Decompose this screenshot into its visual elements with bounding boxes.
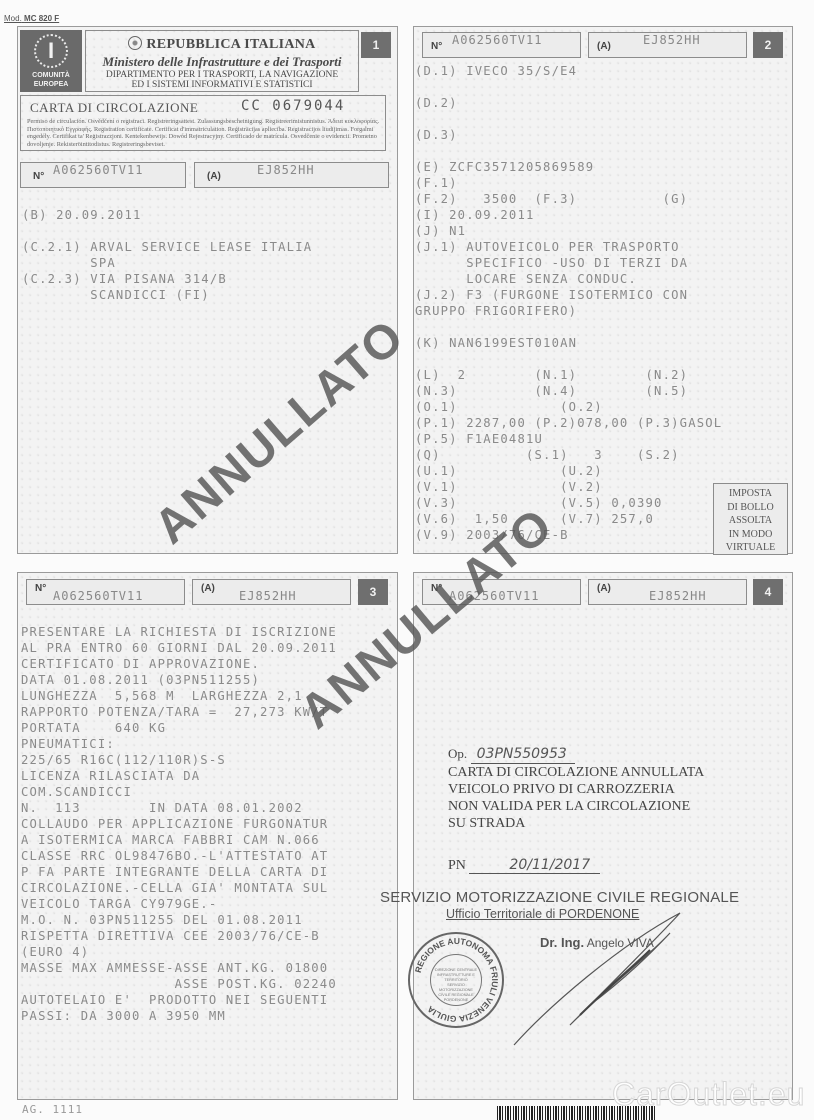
ministry-name: Ministero delle Infrastrutture e dei Tra… [86, 54, 358, 70]
page-number-badge: 3 [358, 579, 388, 605]
department-line-2: ED I SISTEMI INFORMATIVI E STATISTICI [86, 80, 358, 90]
plate-box: (A) EJ852HH [588, 579, 747, 605]
document-title: CARTA DI CIRCOLAZIONE [30, 100, 198, 116]
pn-date-handwritten: 20/11/2017 [469, 857, 600, 874]
owner-fields: (B) 20.09.2011 (C.2.1) ARVAL SERVICE LEA… [22, 207, 312, 303]
plate-box: (A) EJ852HH [192, 579, 351, 605]
tax-box-line: IN MODO [714, 528, 787, 542]
watermark-logo: CarOutlet.eu [612, 1076, 805, 1113]
page-number-badge: 4 [753, 579, 783, 605]
annotations-text: PRESENTARE LA RICHIESTA DI ISCRIZIONE AL… [21, 624, 337, 1024]
annotation-line: VEICOLO PRIVO DI CARROZZERIA [448, 781, 704, 798]
annotation-line: NON VALIDA PER LA CIRCOLAZIONE [448, 798, 704, 815]
page-3-card: N° A062560TV11 (A) EJ852HH 3 PRESENTARE … [17, 572, 398, 1100]
republic-title: REPUBBLICA ITALIANA [146, 37, 315, 52]
pn-date-row: PN 20/11/2017 [448, 857, 600, 874]
page-2-card: N° A062560TV11 (A) EJ852HH 2 (D.1) IVECO… [413, 26, 793, 554]
department-line-1: DIPARTIMENTO PER I TRASPORTI, LA NAVIGAZ… [86, 70, 358, 80]
op-number-handwritten: 03PN550953 [471, 746, 575, 764]
plate-number: EJ852HH [649, 589, 707, 603]
ministry-header: REPUBBLICA ITALIANA Ministero delle Infr… [85, 30, 359, 92]
number-label: N° [35, 583, 46, 594]
page-number-badge: 1 [361, 32, 391, 58]
plate-box: (A) EJ852HH [194, 162, 389, 188]
seal-inner-text: DIREZIONE CENTRALEINFRASTRUTTURE E TERRI… [430, 954, 482, 1006]
annotation-line: CARTA DI CIRCOLAZIONE ANNULLATA [448, 764, 704, 781]
annulment-text: CARTA DI CIRCOLAZIONE ANNULLATAVEICOLO P… [448, 764, 704, 832]
eu-country-letter: I [20, 38, 82, 64]
cancellation-annotation: Op. 03PN550953 CARTA DI CIRCOLAZIONE ANN… [448, 745, 704, 832]
number-box: N° A062560TV11 [26, 579, 185, 605]
op-label: Op. [448, 746, 467, 761]
document-number: A062560TV11 [53, 163, 143, 177]
office-stamp-title: SERVIZIO MOTORIZZAZIONE CIVILE REGIONALE [380, 889, 739, 906]
number-box: N° A062560TV11 [20, 162, 186, 188]
tax-stamp-box: IMPOSTADI BOLLOASSOLTAIN MODOVIRTUALE [713, 483, 788, 555]
plate-label: (A) [201, 583, 215, 594]
plate-box: (A) EJ852HH [588, 32, 747, 58]
cc-number: CC 0679044 [241, 98, 345, 114]
pn-label: PN [448, 858, 466, 873]
vehicle-fields: (D.1) IVECO 35/S/E4 (D.2) (D.3) (E) ZCFC… [415, 63, 722, 543]
tax-box-line: IMPOSTA [714, 487, 787, 501]
document-title-box: CARTA DI CIRCOLAZIONE CC 0679044 Permiso… [20, 95, 386, 151]
model-label: Mod. MC 820 F [4, 14, 59, 23]
plate-number: EJ852HH [257, 163, 315, 177]
page-number-badge: 2 [753, 32, 783, 58]
regional-seal-stamp: REGIONE AUTONOMA FRIULI VENEZIA GIULIA D… [408, 932, 504, 1028]
eu-logo: I COMUNITÀEUROPEA [20, 30, 82, 92]
footer-code: AG. 1111 [22, 1103, 83, 1116]
tax-box-line: DI BOLLO [714, 501, 787, 515]
plate-label: (A) [597, 41, 611, 52]
number-label: N° [431, 41, 442, 52]
annotation-line: SU STRADA [448, 815, 704, 832]
translations-text: Permiso de circulación. Osvědčení o regi… [27, 118, 385, 148]
plate-number: EJ852HH [643, 33, 701, 47]
eu-logo-text: COMUNITÀEUROPEA [20, 71, 82, 89]
number-box: N° A062560TV11 [422, 32, 581, 58]
signature-scribble-icon [510, 905, 690, 1055]
document-number: A062560TV11 [53, 589, 143, 603]
plate-number: EJ852HH [239, 589, 297, 603]
number-label: N° [33, 171, 44, 182]
plate-label: (A) [207, 171, 221, 182]
tax-box-line: ASSOLTA [714, 514, 787, 528]
document-number: A062560TV11 [452, 33, 542, 47]
plate-label: (A) [597, 583, 611, 594]
tax-box-line: VIRTUALE [714, 541, 787, 555]
italian-emblem-icon [128, 36, 142, 50]
